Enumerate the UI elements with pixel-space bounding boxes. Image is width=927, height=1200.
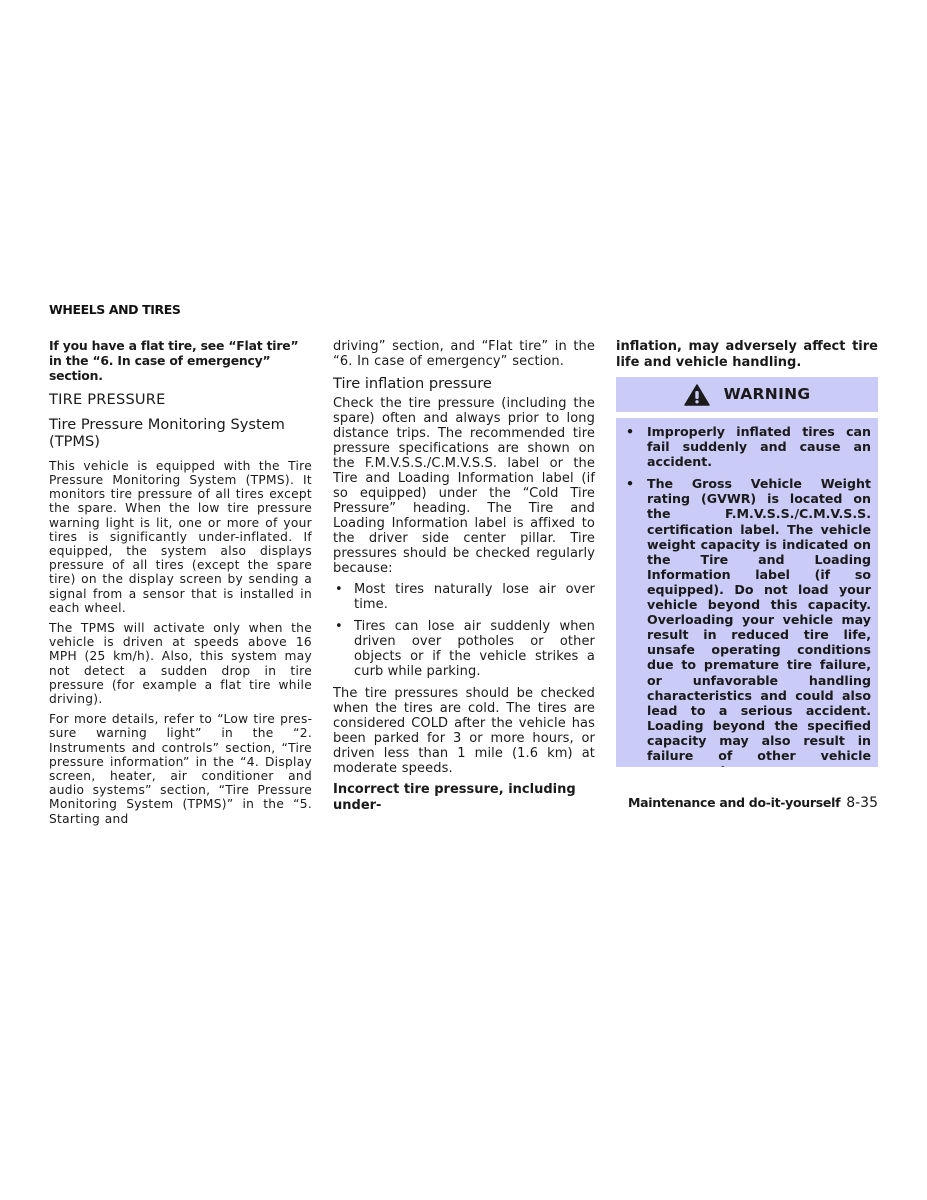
column-2: driving” section, and “Flat tire” in the… xyxy=(333,339,595,814)
list-item: • Tires can lose air suddenly when drive… xyxy=(333,619,595,679)
check-pressure-paragraph: Check the tire pressure (including the s… xyxy=(333,396,595,576)
cold-tires-paragraph: The tire pressures should be checked whe… xyxy=(333,686,595,776)
bullet-icon: • xyxy=(626,424,634,439)
tpms-references-paragraph: For more details, refer to “Low tire pre… xyxy=(49,712,312,826)
warning-body: • Improperly inflated tires can fail sud… xyxy=(616,418,878,767)
warning-item: • The Gross Vehicle Weight rating (GVWR)… xyxy=(616,476,878,767)
continuation-paragraph: driving” section, and “Flat tire” in the… xyxy=(333,339,595,369)
list-item-text: Tires can lose air suddenly when driven … xyxy=(354,619,595,679)
list-item: • Most tires naturally lose air over tim… xyxy=(333,582,595,612)
column-1: If you have a flat tire, see “Flat tire”… xyxy=(49,339,312,832)
heading-tpms: Tire Pressure Monitoring System (TPMS) xyxy=(49,416,312,450)
warning-header: WARNING xyxy=(616,377,878,412)
bullet-icon: • xyxy=(335,619,343,634)
incorrect-pressure-note: Incorrect tire pressure, including under… xyxy=(333,782,595,814)
tpms-intro-paragraph: This vehicle is equipped with the Tire P… xyxy=(49,459,312,615)
bullet-icon: • xyxy=(335,582,343,597)
warning-triangle-icon xyxy=(684,384,710,406)
list-item-text: Most tires naturally lose air over time. xyxy=(354,582,595,612)
page-footer: Maintenance and do-it-yourself 8-35 xyxy=(628,795,878,811)
warning-item-text: The Gross Vehicle Weight rating (GVWR) i… xyxy=(647,476,871,767)
flat-tire-note: If you have a flat tire, see “Flat tire”… xyxy=(49,339,312,384)
section-header: WHEELS AND TIRES xyxy=(49,302,180,317)
warning-list: • Improperly inflated tires can fail sud… xyxy=(616,424,878,767)
column-3: inflation, may adversely affect tire lif… xyxy=(616,339,878,767)
heading-tire-pressure: TIRE PRESSURE xyxy=(49,391,312,408)
page-number: 8-35 xyxy=(846,795,878,811)
tpms-activation-paragraph: The TPMS will activate only when the ve­… xyxy=(49,621,312,706)
reasons-list: • Most tires naturally lose air over tim… xyxy=(333,582,595,679)
incorrect-pressure-continuation: inflation, may adversely affect tire lif… xyxy=(616,339,878,371)
warning-item: • Improperly inflated tires can fail sud… xyxy=(616,424,878,469)
heading-tire-inflation-pressure: Tire inflation pressure xyxy=(333,375,595,392)
warning-item-text: Improperly inflated tires can fail sudde… xyxy=(647,424,871,469)
chapter-label: Maintenance and do-it-yourself xyxy=(628,795,840,810)
warning-title: WARNING xyxy=(724,387,811,402)
bullet-icon: • xyxy=(626,476,634,491)
